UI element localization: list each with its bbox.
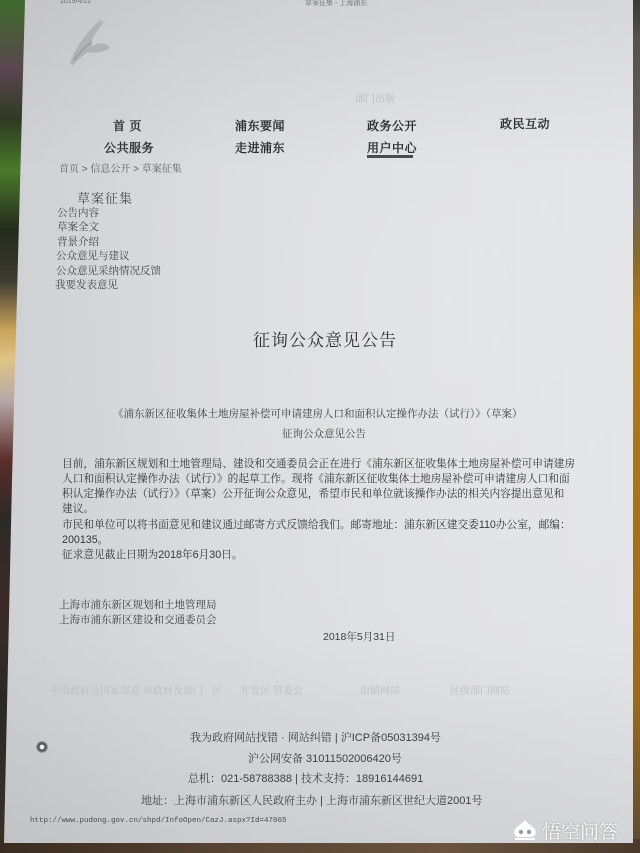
footer-link-towns[interactable]: 街镇网站 [360,682,400,697]
article-date: 2018年5月31日 [323,629,395,644]
footer-link-district[interactable]: 区 [212,682,222,697]
article-paragraph-line: 积认定操作办法（试行）》（草案）公开征询公众意见，希望市民和单位就该操作办法的相… [62,486,564,501]
footer-link-central-government[interactable]: 中央政府及国家部委 [50,682,140,697]
article-paragraph-line: 目前，浦东新区规划和土地管理局、建设和交通委员会正在进行《浦东新区征收集体土地房… [62,456,575,471]
faint-header-label: 部门出版 [355,90,395,105]
watermark-text: 悟空问答 [542,817,618,844]
article-subtitle-line-2: 征询公众意见公告 [282,426,366,441]
nav-item-about-pudong[interactable]: 走进浦东 [235,139,285,156]
nav-item-pudong-news[interactable]: 浦东要闻 [235,117,285,134]
nav-active-indicator [367,155,413,158]
sidebar-item-public-opinions[interactable]: 公众意见与建议 [56,248,130,263]
sidebar-item-submit-opinion[interactable]: 我要发表意见 [55,277,118,292]
print-url: http://www.pudong.gov.cn/shpd/InfoOpen/C… [30,817,287,825]
footer-link-development-zone[interactable]: 开发区 [240,682,270,697]
nav-item-home[interactable]: 首 页 [113,117,142,134]
print-date: 2019/4/22 [60,0,91,5]
article-paragraph-line: 200135。 [62,532,108,547]
sidebar-item-adoption-feedback[interactable]: 公众意见采纳情况反馈 [56,263,161,278]
nav-item-government-affairs[interactable]: 政务公开 [367,117,417,134]
footer-link-city-government[interactable]: 市政府及部门 [143,682,203,697]
footer-phone-support: 总机：021-58788388 | 技术支持：18916144691 [188,770,423,786]
footer-link-district-departments[interactable]: 区级部门网站 [450,682,510,697]
article-paragraph-line: 人口和面积认定操作办法（试行）》的起草工作。现将《浦东新区征收集体土地房屋补偿可… [62,471,570,486]
print-page-title: 草案征集 - 上海浦东 [305,0,367,8]
signature-construction-committee: 上海市浦东新区建设和交通委员会 [59,612,217,627]
nav-item-public-interaction[interactable]: 政民互动 [500,115,550,132]
sidebar-item-background[interactable]: 背景介绍 [57,234,99,249]
police-badge-icon [36,741,48,753]
nav-item-user-center[interactable]: 用户中心 [367,139,417,156]
sidebar-item-notice-content[interactable]: 公告内容 [57,205,99,220]
footer-error-report-icp[interactable]: 我为政府网站找错 · 网站纠错 | 沪ICP备05031394号 [190,729,441,745]
site-logo-icon [62,12,132,67]
article-paragraph-line: 征求意见截止日期为2018年6月30日。 [62,547,243,562]
wukong-watermark: 悟空问答 [512,817,618,843]
article-subtitle-line-1: 《浦东新区征收集体土地房屋补偿可申请建房人口和面积认定操作办法（试行）》（草案） [113,406,523,421]
signature-planning-bureau: 上海市浦东新区规划和土地管理局 [59,597,217,612]
nav-item-public-service[interactable]: 公共服务 [104,139,154,156]
article-paragraph-line: 建议。 [62,501,94,516]
article-paragraph-line: 市民和单位可以将书面意见和建议通过邮寄方式反馈给我们。邮寄地址：浦东新区建交委1… [62,517,571,532]
footer-public-security-record: 沪公网安备 31011502006420号 [248,750,402,766]
footer-address: 地址：上海市浦东新区人民政府主办 | 上海市浦东新区世纪大道2001号 [141,792,482,808]
sidebar-item-draft-full-text[interactable]: 草案全文 [57,219,99,234]
wukong-logo-icon [512,819,538,841]
breadcrumb[interactable]: 首页 > 信息公开 > 草案征集 [59,160,182,175]
article-title: 征询公众意见公告 [253,326,397,351]
footer-link-management-committee[interactable]: 管委会 [273,682,303,697]
